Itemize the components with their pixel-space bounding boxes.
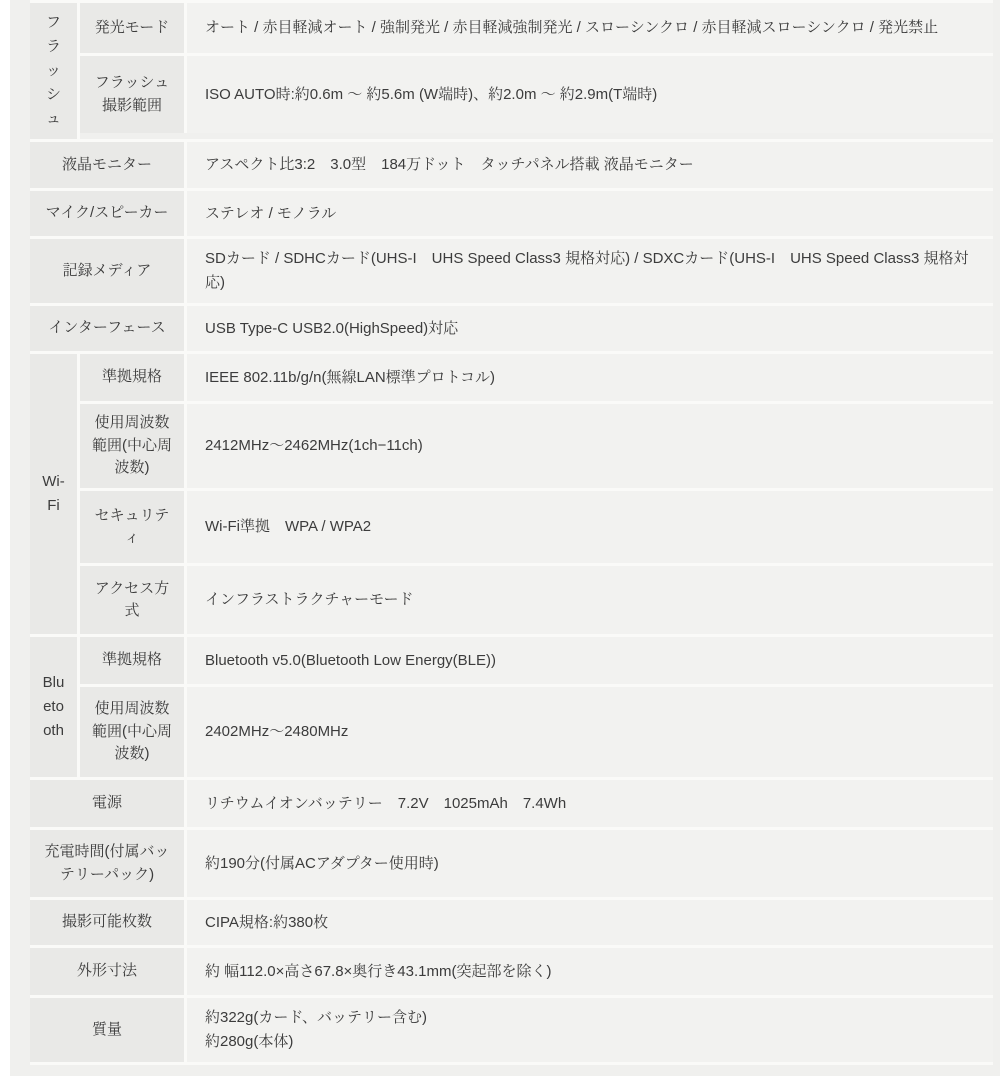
spec-row-charging-time: 充電時間(付属バッテリーパック) 約190分(付属ACアダプター使用時) — [30, 830, 993, 900]
spec-label: 外形寸法 — [30, 948, 184, 995]
spec-label: 液晶モニター — [30, 142, 184, 188]
spec-label: アクセス方式 — [80, 566, 184, 634]
spec-label: 発光モード — [80, 3, 184, 53]
spec-section-wifi: Wi-Fi 準拠規格 IEEE 802.11b/g/n(無線LAN標準プロトコル… — [30, 354, 993, 637]
spec-label: 電源 — [30, 780, 184, 827]
spec-row-wifi-access: アクセス方式 インフラストラクチャーモード — [80, 566, 993, 634]
spec-label: 充電時間(付属バッテリーパック) — [30, 830, 184, 897]
spec-value: ステレオ / モノラル — [184, 191, 993, 236]
spec-value: 約190分(付属ACアダプター使用時) — [184, 830, 993, 897]
spec-row-wifi-frequency: 使用周波数範囲(中心周波数) 2412MHz〜2462MHz(1ch−11ch) — [80, 404, 993, 491]
spec-value: SDカード / SDHCカード(UHS-I UHS Speed Class3 規… — [184, 239, 993, 303]
spec-section-bluetooth: Bluetooth 準拠規格 Bluetooth v5.0(Bluetooth … — [30, 637, 993, 780]
spec-table: フラッシュ 発光モード オート / 赤目軽減オート / 強制発光 / 赤目軽減強… — [30, 0, 993, 1065]
spec-value: 約322g(カード、バッテリー含む) 約280g(本体) — [184, 998, 993, 1062]
spec-value: インフラストラクチャーモード — [184, 566, 993, 634]
spec-row-bluetooth-standard: 準拠規格 Bluetooth v5.0(Bluetooth Low Energy… — [80, 637, 993, 687]
spec-row-bluetooth-frequency: 使用周波数範囲(中心周波数) 2402MHz〜2480MHz — [80, 687, 993, 777]
spec-value: USB Type-C USB2.0(HighSpeed)対応 — [184, 306, 993, 351]
spec-row-weight: 質量 約322g(カード、バッテリー含む) 約280g(本体) — [30, 998, 993, 1065]
spec-value: リチウムイオンバッテリー 7.2V 1025mAh 7.4Wh — [184, 780, 993, 827]
spec-group-label-bluetooth: Bluetooth — [30, 637, 77, 777]
spec-label: 使用周波数範囲(中心周波数) — [80, 687, 184, 777]
spec-value: 2402MHz〜2480MHz — [184, 687, 993, 777]
spec-value: CIPA規格:約380枚 — [184, 900, 993, 945]
spec-group-label-wifi: Wi-Fi — [30, 354, 77, 634]
spec-row-monitor: 液晶モニター アスペクト比3:2 3.0型 184万ドット タッチパネル搭載 液… — [30, 142, 993, 191]
spec-label: 記録メディア — [30, 239, 184, 303]
spec-value: Wi-Fi準拠 WPA / WPA2 — [184, 491, 993, 563]
spec-label: セキュリティ — [80, 491, 184, 563]
spec-value: ISO AUTO時:約0.6m 〜 約5.6m (W端時)、約2.0m 〜 約2… — [184, 56, 993, 133]
spec-row-wifi-standard: 準拠規格 IEEE 802.11b/g/n(無線LAN標準プロトコル) — [80, 354, 993, 404]
spec-row-recording-media: 記録メディア SDカード / SDHCカード(UHS-I UHS Speed C… — [30, 239, 993, 306]
spec-value: Bluetooth v5.0(Bluetooth Low Energy(BLE)… — [184, 637, 993, 684]
spec-label: 使用周波数範囲(中心周波数) — [80, 404, 184, 488]
spec-value: 約 幅112.0×高さ67.8×奥行き43.1mm(突起部を除く) — [184, 948, 993, 995]
spec-label: 準拠規格 — [80, 354, 184, 401]
spec-label: フラッシュ撮影範囲 — [80, 56, 184, 133]
spec-label: 撮影可能枚数 — [30, 900, 184, 945]
spec-label: 質量 — [30, 998, 184, 1062]
spec-section-flash: フラッシュ 発光モード オート / 赤目軽減オート / 強制発光 / 赤目軽減強… — [30, 3, 993, 142]
spec-label: 準拠規格 — [80, 637, 184, 684]
spec-label: マイク/スピーカー — [30, 191, 184, 236]
spec-value: アスペクト比3:2 3.0型 184万ドット タッチパネル搭載 液晶モニター — [184, 142, 993, 188]
spec-value: 2412MHz〜2462MHz(1ch−11ch) — [184, 404, 993, 488]
spec-row-shots-per-charge: 撮影可能枚数 CIPA規格:約380枚 — [30, 900, 993, 948]
spec-row-mic-speaker: マイク/スピーカー ステレオ / モノラル — [30, 191, 993, 239]
spec-group-label-flash: フラッシュ — [30, 3, 77, 139]
spec-value: オート / 赤目軽減オート / 強制発光 / 赤目軽減強制発光 / スローシンク… — [184, 3, 993, 53]
spec-row-interface: インターフェース USB Type-C USB2.0(HighSpeed)対応 — [30, 306, 993, 354]
spec-row-flash-mode: 発光モード オート / 赤目軽減オート / 強制発光 / 赤目軽減強制発光 / … — [80, 3, 993, 56]
spec-label: インターフェース — [30, 306, 184, 351]
spec-row-dimensions: 外形寸法 約 幅112.0×高さ67.8×奥行き43.1mm(突起部を除く) — [30, 948, 993, 998]
spec-row-flash-range: フラッシュ撮影範囲 ISO AUTO時:約0.6m 〜 約5.6m (W端時)、… — [80, 56, 993, 133]
spec-row-wifi-security: セキュリティ Wi-Fi準拠 WPA / WPA2 — [80, 491, 993, 566]
spec-page: フラッシュ 発光モード オート / 赤目軽減オート / 強制発光 / 赤目軽減強… — [10, 0, 1000, 1076]
spec-row-power: 電源 リチウムイオンバッテリー 7.2V 1025mAh 7.4Wh — [30, 780, 993, 830]
spec-value: IEEE 802.11b/g/n(無線LAN標準プロトコル) — [184, 354, 993, 401]
